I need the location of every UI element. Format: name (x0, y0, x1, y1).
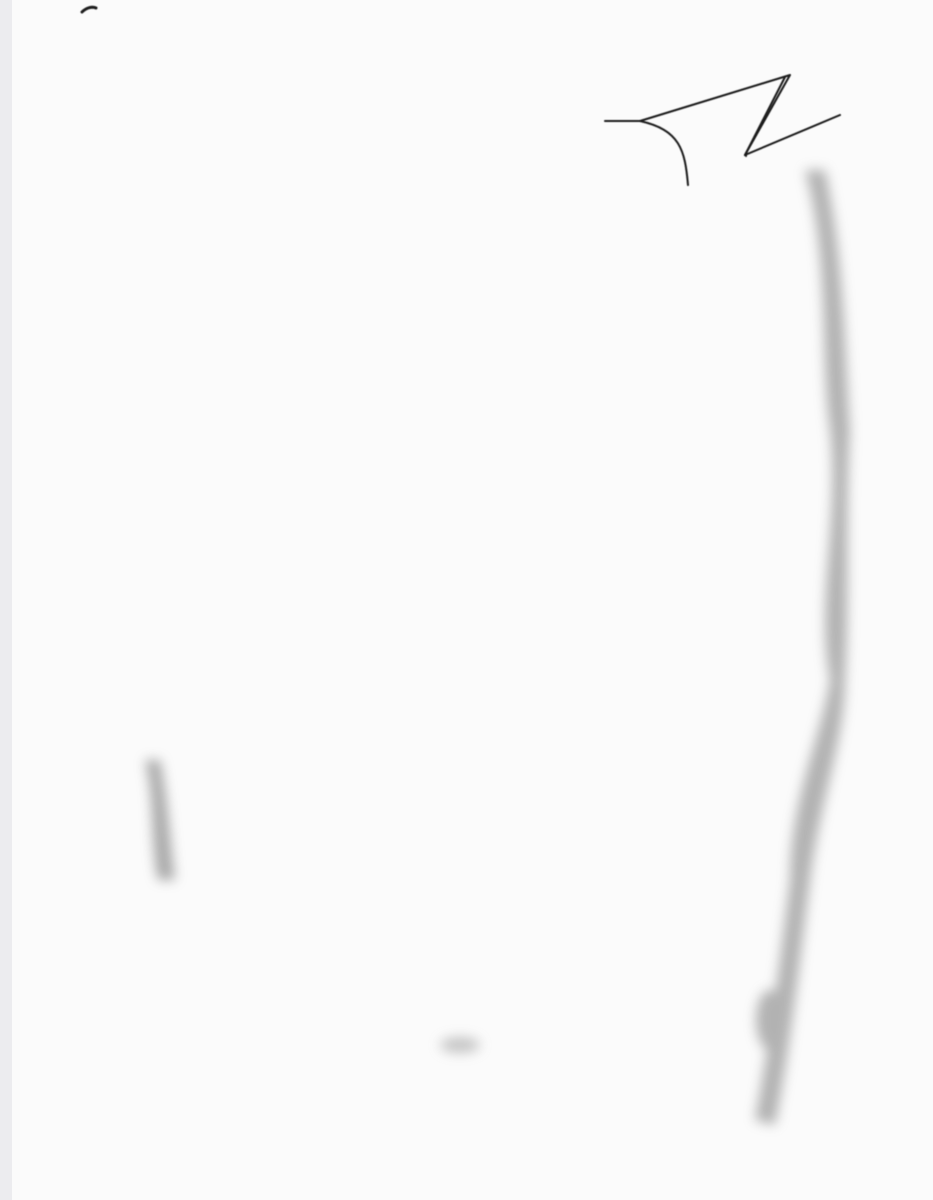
scan-smudges (145, 170, 850, 1125)
signature-strokes (0, 0, 933, 1200)
